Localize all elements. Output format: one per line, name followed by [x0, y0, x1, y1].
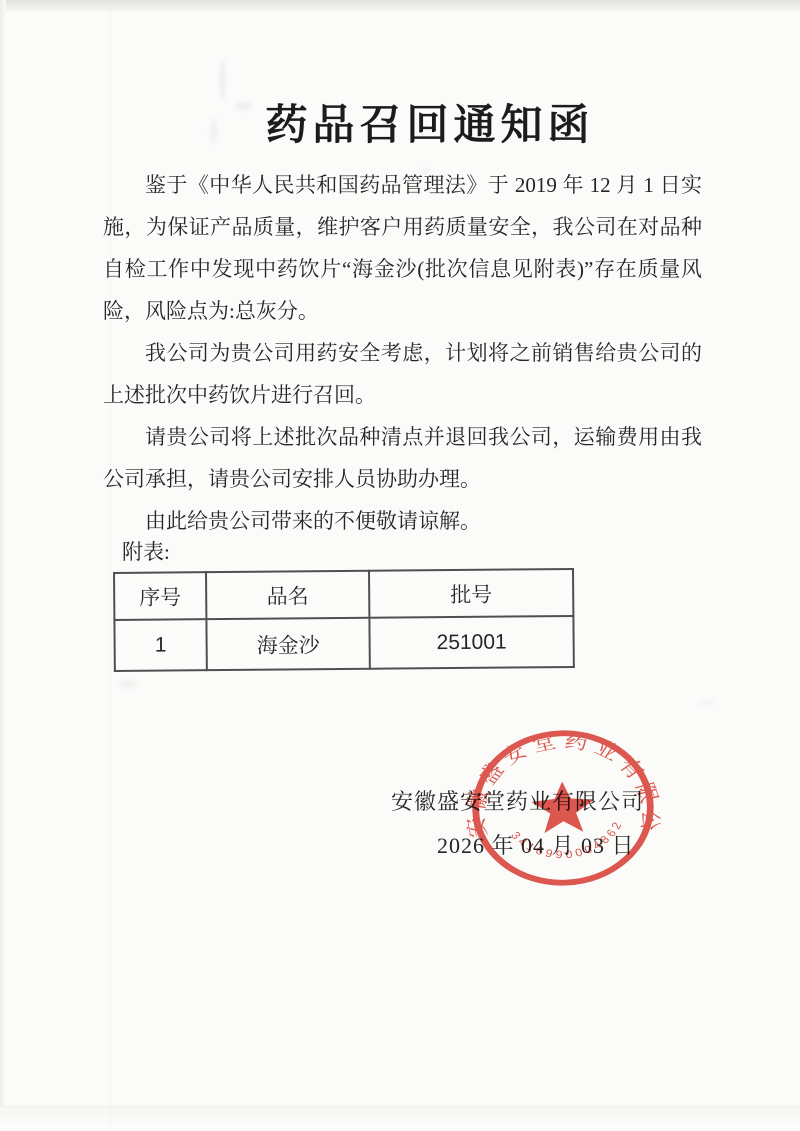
cell-serial-no: 1: [114, 619, 206, 671]
seal-serial-number: 3416990004862: [507, 820, 625, 863]
header-batch-no: 批号: [369, 569, 573, 618]
paragraph-2: 我公司为贵公司用药安全考虑，计划将之前销售给贵公司的上述批次中药饮片进行召回。: [103, 332, 702, 416]
header-serial-no: 序号: [114, 572, 206, 620]
paragraph-3: 请贵公司将上述批次品种清点并退回我公司，运输费用由我公司承担，请贵公司安排人员协…: [103, 416, 702, 500]
header-product-name: 品名: [206, 571, 369, 619]
company-seal-stamp: 安徽盛安堂药业有限公司 3416990004862: [463, 722, 663, 895]
paragraph-1: 鉴于《中华人民共和国药品管理法》于 2019 年 12 月 1 日实施，为保证产…: [103, 164, 702, 332]
scan-smudge: [118, 680, 138, 688]
table-header-row: 序号 品名 批号: [114, 569, 573, 620]
table-row: 1 海金沙 251001: [114, 616, 573, 671]
seal-arc-text: 安徽盛安堂药业有限公司: [463, 722, 663, 840]
scanned-page: 药品召回通知函 鉴于《中华人民共和国药品管理法》于 2019 年 12 月 1 …: [0, 0, 800, 1131]
scan-smudge: [700, 700, 714, 706]
scan-edge-top: [0, 0, 800, 11]
batch-table: 序号 品名 批号 1 海金沙 251001: [113, 568, 575, 672]
attachment-label: 附表:: [122, 536, 170, 566]
seal-graphic: 安徽盛安堂药业有限公司 3416990004862: [463, 722, 663, 895]
document-title: 药品召回通知函: [30, 92, 800, 152]
paragraph-4: 由此给贵公司带来的不便敬请谅解。: [103, 500, 702, 542]
scan-edge-left: [0, 0, 6, 1131]
cell-product-name: 海金沙: [206, 618, 369, 670]
seal-star-icon: [531, 780, 595, 833]
document-body: 鉴于《中华人民共和国药品管理法》于 2019 年 12 月 1 日实施，为保证产…: [103, 164, 702, 542]
cell-batch-no: 251001: [369, 616, 573, 669]
scan-edge-bottom: [0, 1106, 800, 1131]
